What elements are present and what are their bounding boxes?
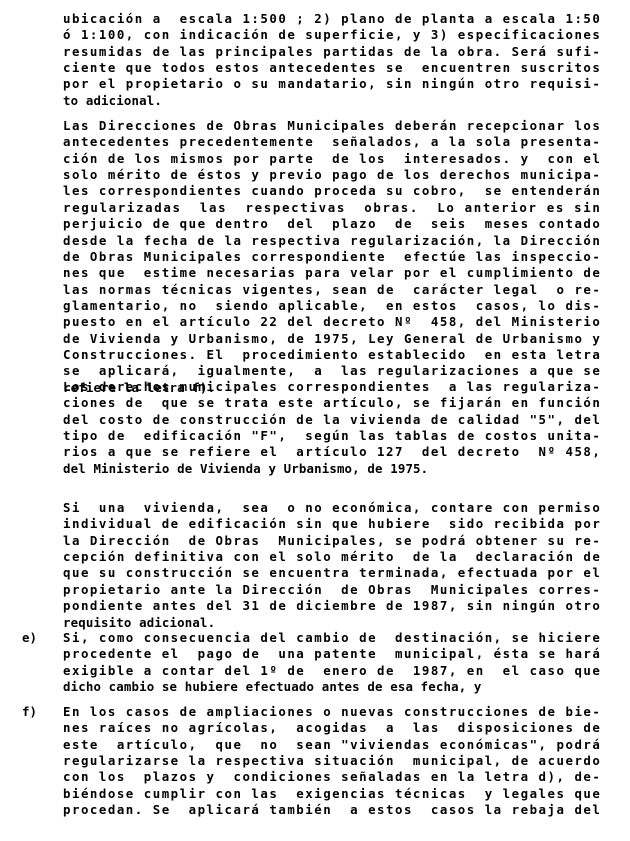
text-line: individual de edificación sin que hubier… bbox=[63, 517, 601, 531]
text-line: Los derechos municipales correspondiente… bbox=[63, 380, 601, 394]
text-line: Las Direcciones de Obras Municipales deb… bbox=[63, 119, 601, 133]
text-line: desde la fecha de la respectiva regulari… bbox=[63, 234, 601, 248]
text-line: ción de los mismos por parte de los inte… bbox=[63, 152, 601, 166]
text-line: se aplicará, igualmente, a las regulariz… bbox=[63, 364, 601, 378]
text-line: les correspondientes cuando proceda su c… bbox=[63, 184, 601, 198]
text-line: biéndose cumplir con las exigencias técn… bbox=[63, 787, 601, 801]
text-line: propietario ante la Dirección de Obras M… bbox=[63, 583, 601, 597]
text-line: que su construcción se encuentra termina… bbox=[63, 566, 601, 580]
text-line: de Obras Municipales correspondiente efe… bbox=[63, 250, 601, 264]
text-line: Si, como consecuencia del cambio de dest… bbox=[63, 631, 601, 645]
text-line: regularizarse la respectiva situación mu… bbox=[63, 754, 601, 768]
text-line: nes raíces no agrícolas, acogidas a las … bbox=[63, 721, 601, 735]
text-line: resumidas de las principales partidas de… bbox=[63, 45, 601, 59]
text-line: to adicional. bbox=[63, 94, 162, 108]
text-line: por el propietario o su mandatario, sin … bbox=[63, 77, 601, 91]
text-line: ubicación a escala 1:500 ; 2) plano de p… bbox=[63, 12, 601, 26]
text-line: puesto en el artículo 22 del decreto Nº … bbox=[63, 315, 601, 329]
text-line: las normas técnicas vigentes, sean de ca… bbox=[63, 283, 601, 297]
text-line: este artículo, que no sean "viviendas ec… bbox=[63, 738, 601, 752]
list-marker: f) bbox=[22, 705, 37, 719]
text-line: del Ministerio de Vivienda y Urbanismo, … bbox=[63, 462, 428, 476]
text-line: En los casos de ampliaciones o nuevas co… bbox=[63, 705, 601, 719]
text-line: nes que estime necesarias para velar por… bbox=[63, 266, 601, 280]
text-line: solo mérito de éstos y previo pago de lo… bbox=[63, 168, 601, 182]
text-line: tipo de edificación "F", según las tabla… bbox=[63, 429, 601, 443]
list-marker: e) bbox=[22, 631, 37, 645]
text-line: exigible a contar del 1º de enero de 198… bbox=[63, 664, 601, 678]
text-line: la Dirección de Obras Municipales, se po… bbox=[63, 534, 601, 548]
text-line: rios a que se refiere el artículo 127 de… bbox=[63, 445, 601, 459]
text-line: Si una vivienda, sea o no económica, con… bbox=[63, 501, 601, 515]
text-line: procedan. Se aplicará también a estos ca… bbox=[63, 803, 601, 817]
text-line: del costo de construcción de la vivienda… bbox=[63, 413, 601, 427]
text-line: requisito adicional. bbox=[63, 616, 215, 630]
text-line: procedente el pago de una patente munici… bbox=[63, 647, 601, 661]
text-line: Construcciones. El procedimiento estable… bbox=[63, 348, 601, 362]
text-line: dicho cambio se hubiere efectuado antes … bbox=[63, 680, 482, 694]
text-line: ciones de que se trata este artículo, se… bbox=[63, 396, 601, 410]
text-line: ciente que todos estos antecedentes se e… bbox=[63, 61, 601, 75]
text-line: de Vivienda y Urbanismo, de 1975, Ley Ge… bbox=[63, 332, 601, 346]
text-line: regularizadas las respectivas obras. Lo … bbox=[63, 201, 602, 215]
text-line: perjuicio de que dentro del plazo de sei… bbox=[63, 217, 601, 231]
text-line: cepción definitiva con el solo mérito de… bbox=[63, 550, 601, 564]
text-line: pondiente antes del 31 de diciembre de 1… bbox=[63, 599, 601, 613]
text-line: con los plazos y condiciones señaladas e… bbox=[63, 770, 601, 784]
text-line: antecedentes precedentemente señalados, … bbox=[63, 135, 601, 149]
text-line: ó 1:100, con indicación de superficie, y… bbox=[63, 28, 601, 42]
document-page: ubicación a escala 1:500 ; 2) plano de p… bbox=[0, 0, 630, 841]
text-line: glamentario, no siendo aplicable, en est… bbox=[63, 299, 601, 313]
